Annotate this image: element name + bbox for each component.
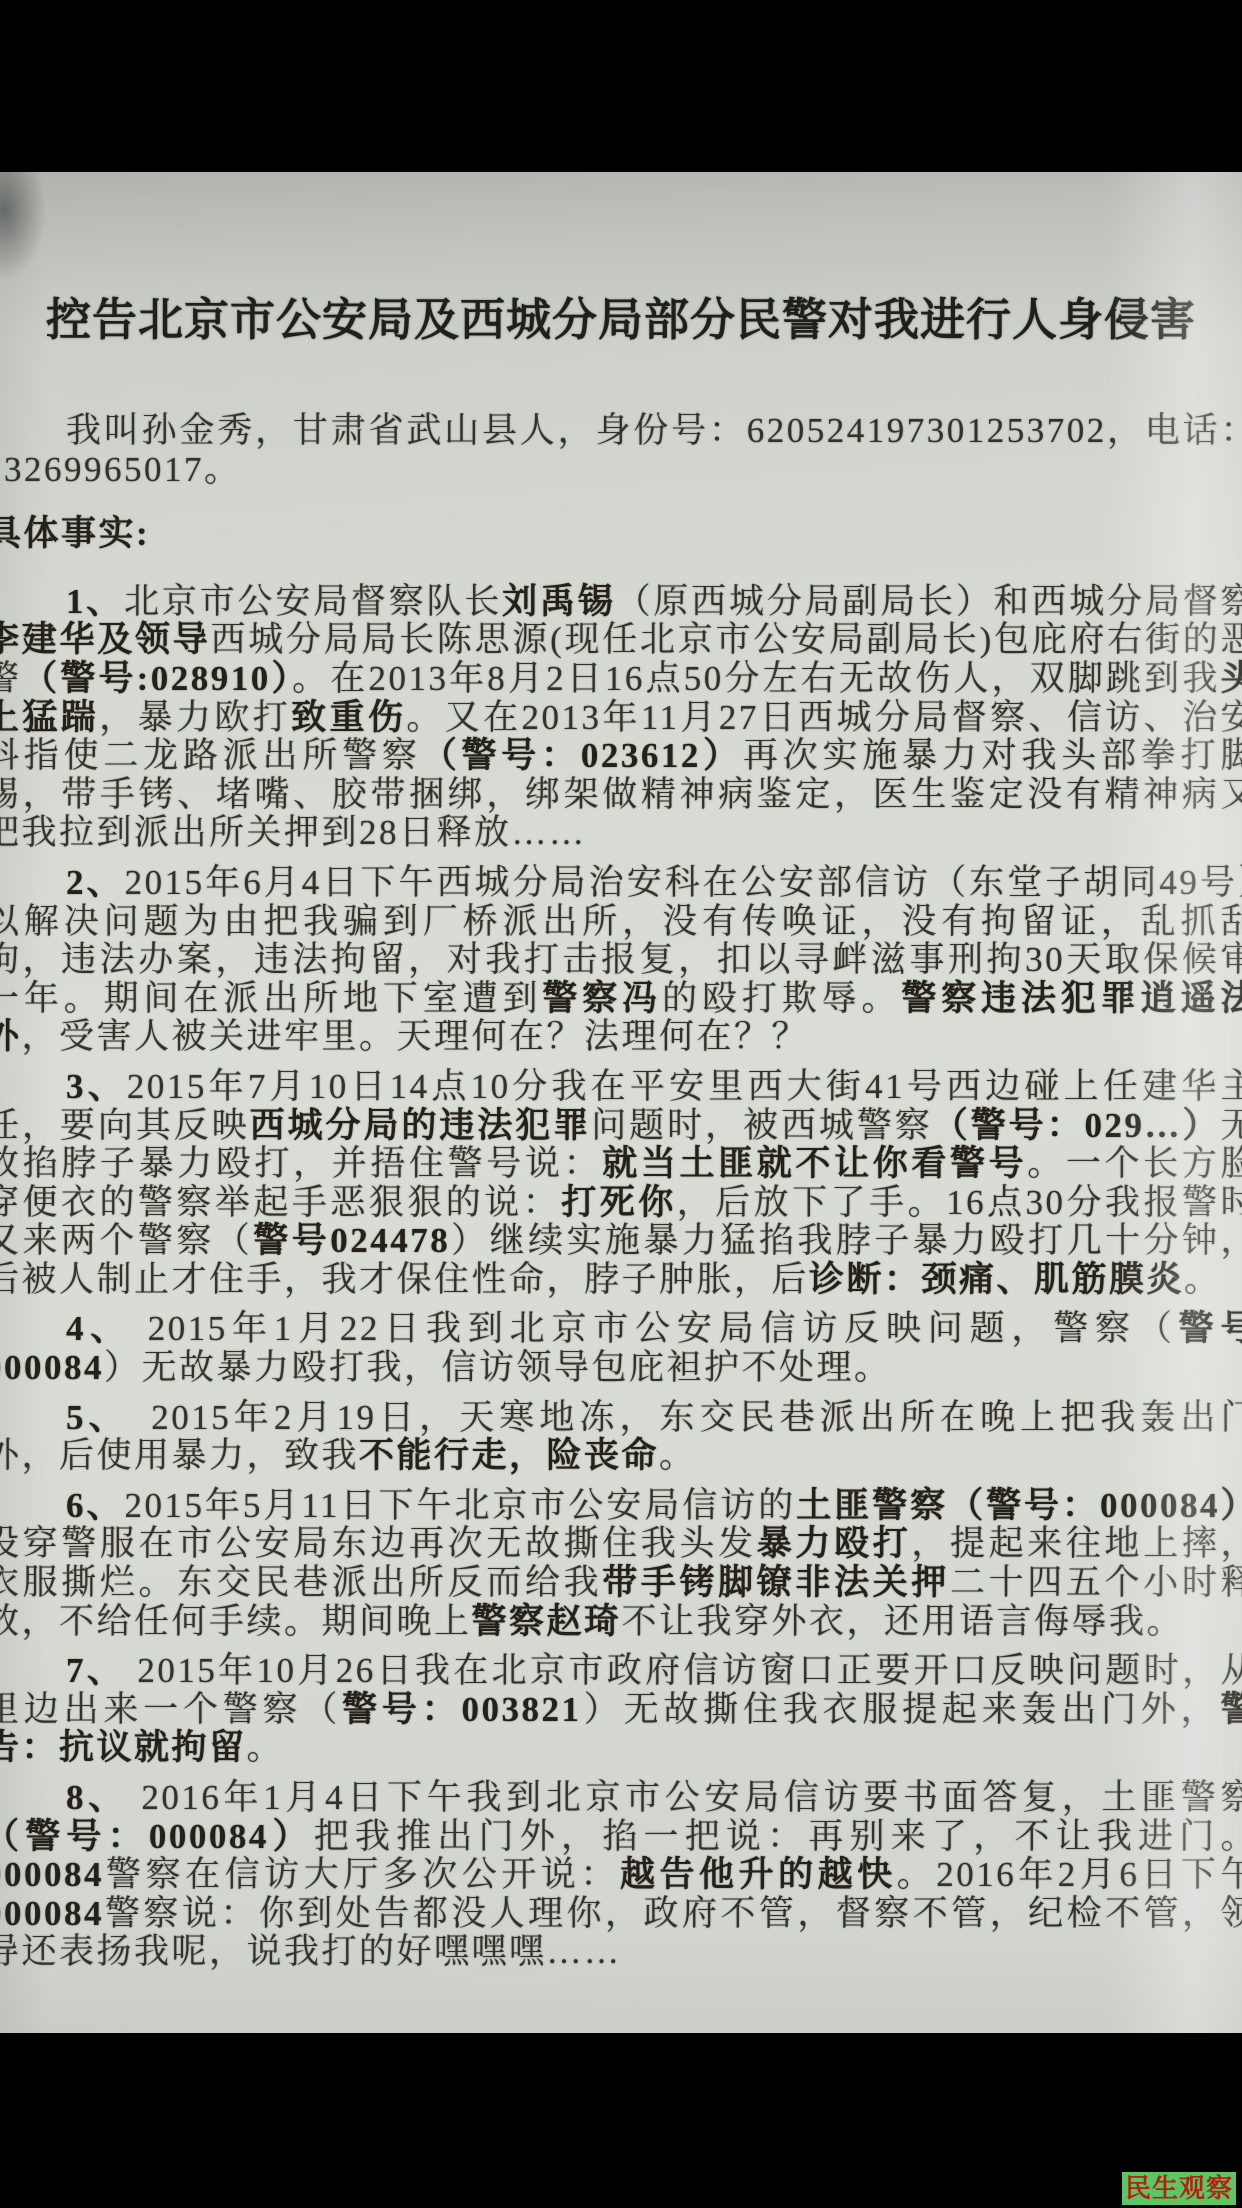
complaint-item-8: 8、 2016年1月4日下午我到北京市公安局信访要书面答复，土匪警察（警号：00…: [0, 1779, 1242, 1972]
document-page: 控告北京市公安局及西城分局部分民警对我进行人身侵害 我叫孙金秀，甘肃省武山县人，…: [0, 172, 1242, 1983]
document-body: 我叫孙金秀，甘肃省武山县人，身份号：620524197301253702，电话：…: [0, 412, 1242, 1972]
phone-screen: 控告北京市公安局及西城分局部分民警对我进行人身侵害 我叫孙金秀，甘肃省武山县人，…: [0, 0, 1242, 2208]
letterbox-bottom: [0, 2033, 1242, 2208]
complaint-item-6: 6、2015年5月11日下午北京市公安局信访的土匪警察（警号：000084）没穿…: [0, 1487, 1242, 1641]
complaint-item-4: 4、 2015年1月22日我到北京市公安局信访反映问题，警察（警号000084）…: [0, 1310, 1242, 1387]
document-photo: 控告北京市公安局及西城分局部分民警对我进行人身侵害 我叫孙金秀，甘肃省武山县人，…: [0, 172, 1242, 2033]
complaint-item-7: 7、 2015年10月26日我在北京市政府信访窗口正要开口反映问题时，从里边出来…: [0, 1652, 1242, 1768]
letterbox-top: [0, 0, 1242, 172]
intro-paragraph: 我叫孙金秀，甘肃省武山县人，身份号：620524197301253702，电话：…: [0, 412, 1242, 489]
complaint-item-1: 1、北京市公安局督察队长刘禹锡（原西城分局副局长）和西城分局督察李建华及领导西城…: [0, 583, 1242, 853]
watermark-badge: 民生观察: [1122, 2172, 1236, 2205]
section-label: 具体事实:: [0, 515, 1242, 554]
document-title: 控告北京市公安局及西城分局部分民警对我进行人身侵害: [32, 292, 1210, 348]
complaint-item-2: 2、2015年6月4日下午西城分局治安科在公安部信访（东堂子胡同49号）以解决问…: [0, 864, 1242, 1057]
complaint-item-5: 5、 2015年2月19日，天寒地冻，东交民巷派出所在晚上把我轰出门外，后使用暴…: [0, 1399, 1242, 1476]
complaint-item-3: 3、2015年7月10日14点10分我在平安里西大街41号西边碰上任建华主任，要…: [0, 1068, 1242, 1300]
